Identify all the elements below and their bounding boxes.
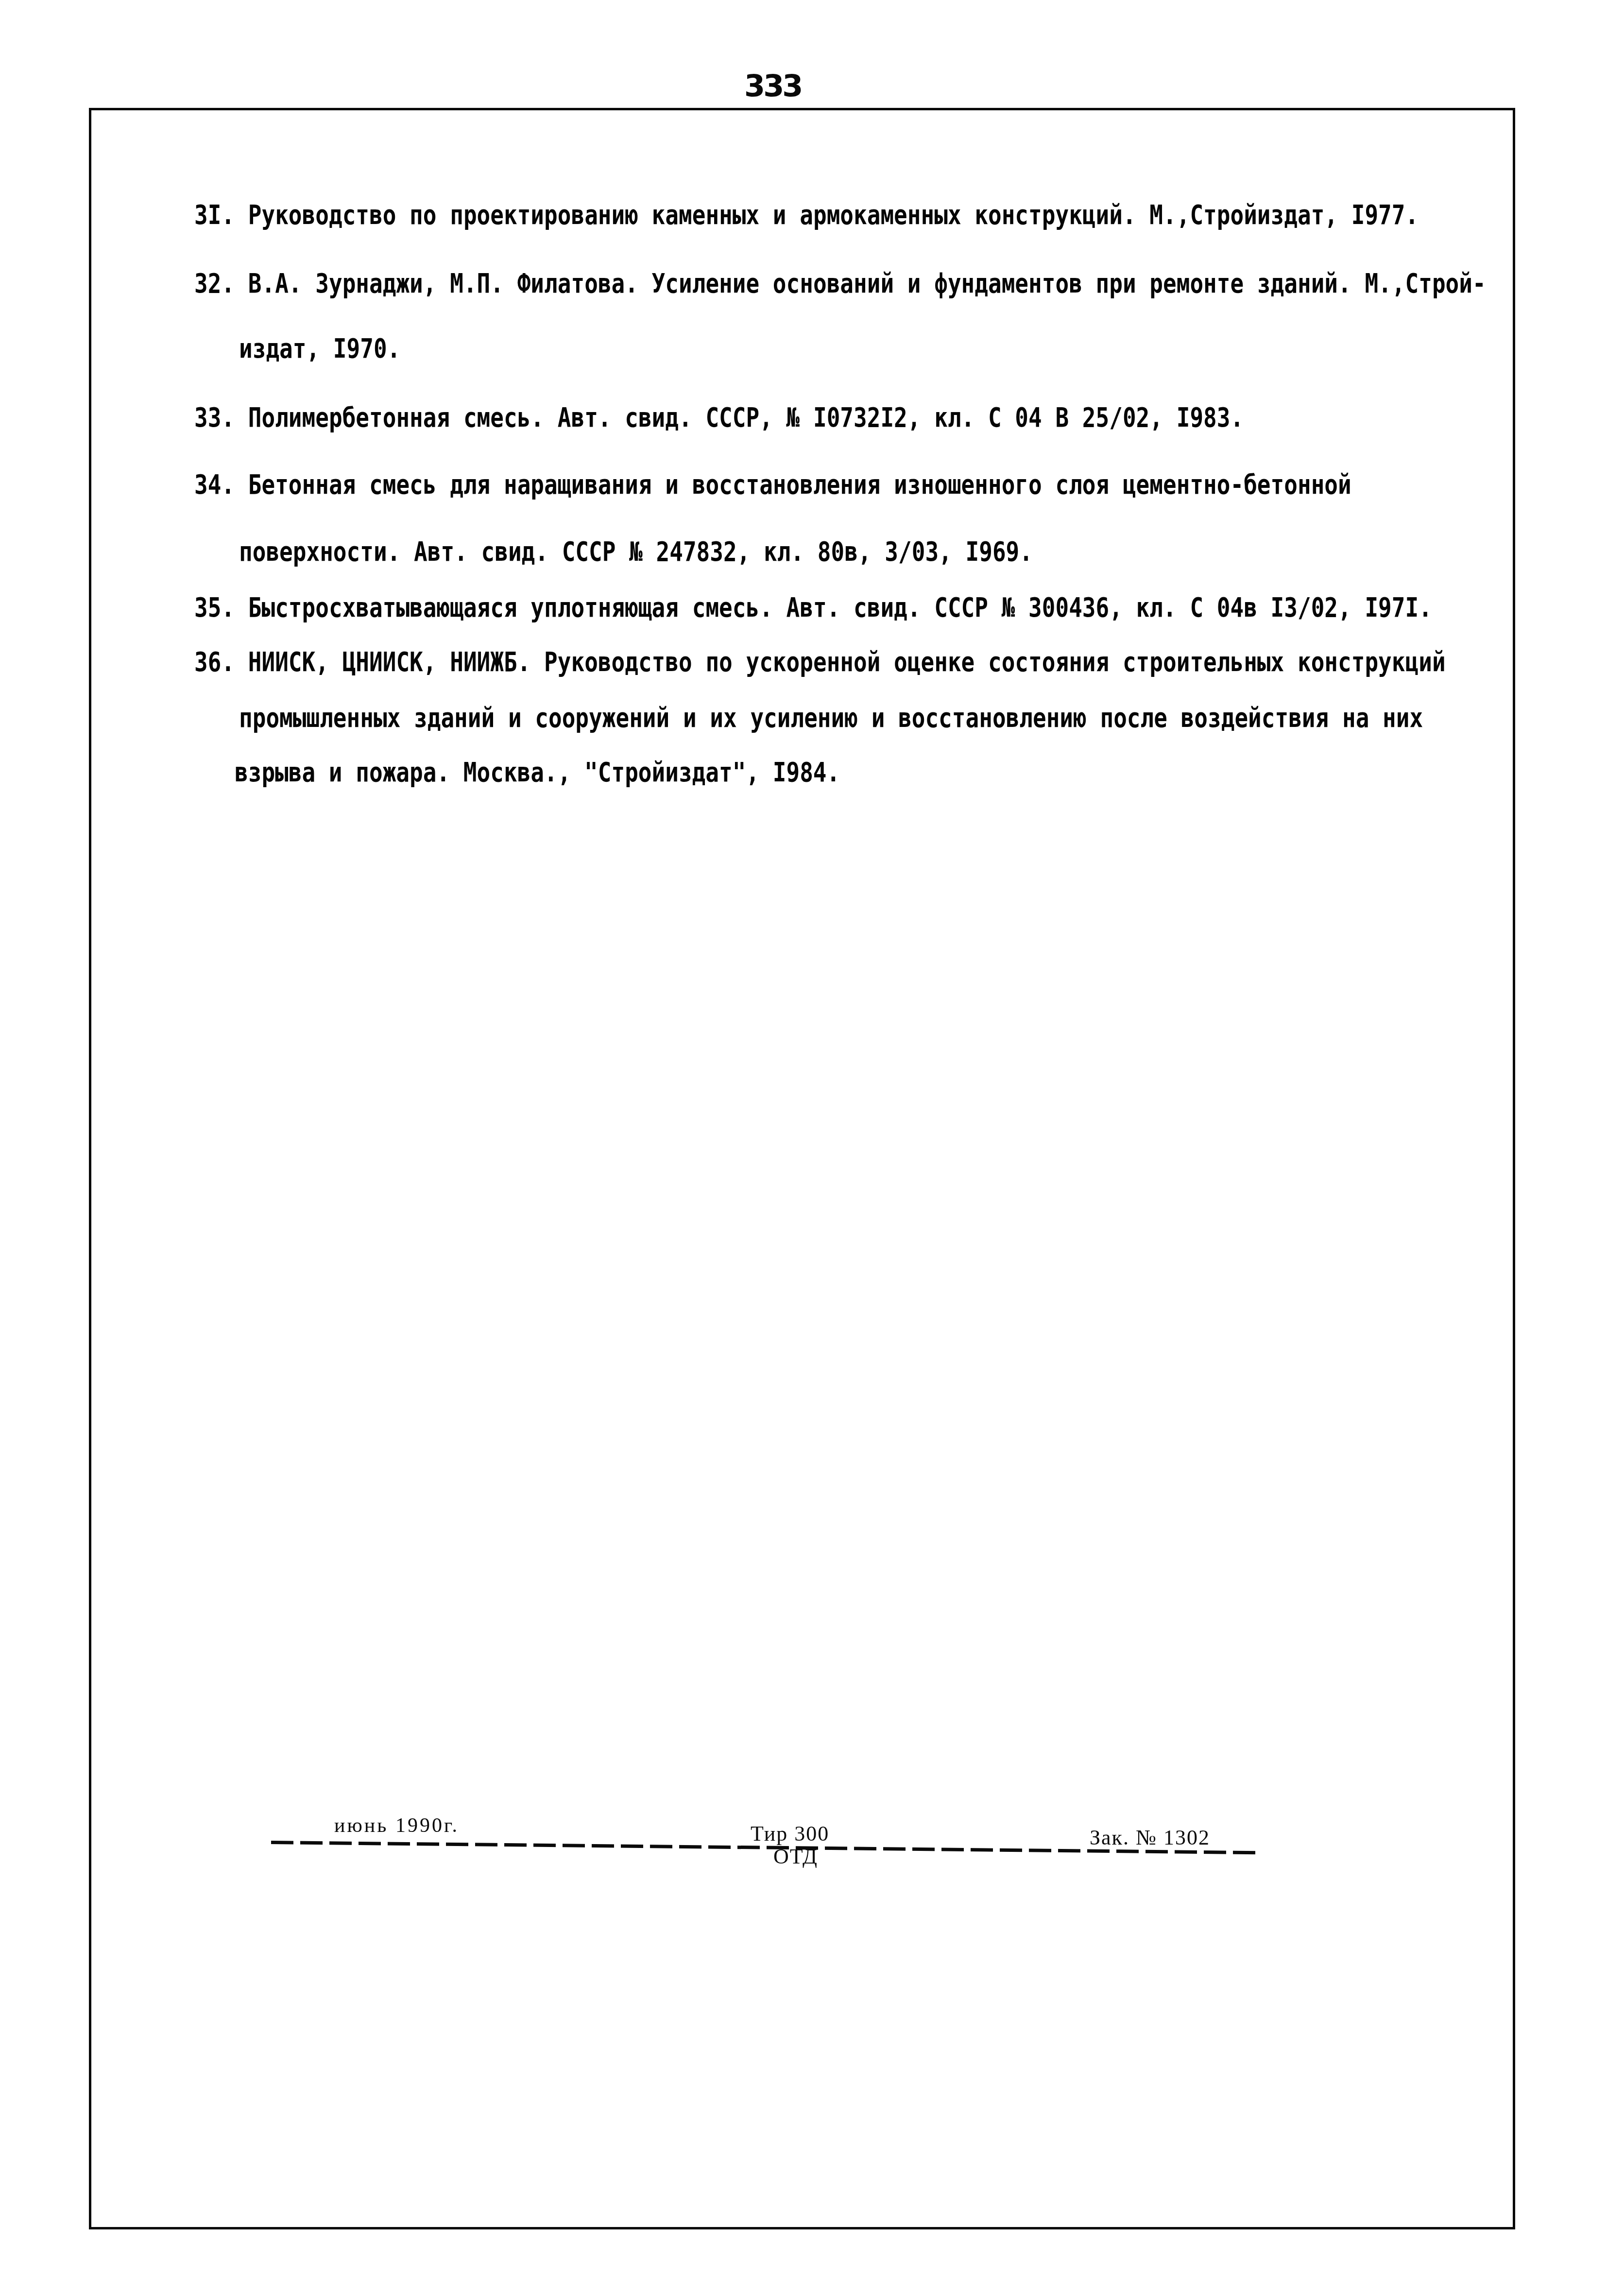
footer-print-run: Тир 300 <box>751 1823 829 1845</box>
reference-36-line-2: промышленных зданий и сооружений и их ус… <box>239 705 1423 731</box>
footer-date: июнь 1990г. <box>334 1815 459 1836</box>
reference-35: 35. Быстросхватывающаяся уплотняющая сме… <box>194 594 1432 621</box>
reference-33: 33. Полимербетонная смесь. Авт. свид. СС… <box>194 404 1244 431</box>
reference-31: 3I. Руководство по проектированию каменн… <box>194 202 1419 228</box>
reference-32-line-1: 32. В.А. Зурнаджи, М.П. Филатова. Усилен… <box>194 270 1486 296</box>
reference-36-line-3: взрыва и пожара. Москва., "Стройиздат", … <box>235 759 840 785</box>
reference-36-line-1: 36. НИИСК, ЦНИИСК, НИИЖБ. Руководство по… <box>194 649 1446 675</box>
page-number: 333 <box>744 71 801 101</box>
reference-32-line-2: издат, I970. <box>239 335 400 362</box>
footer-order-number: Зак. № 1302 <box>1090 1827 1210 1848</box>
reference-34-line-2: поверхности. Авт. свид. СССР № 247832, к… <box>239 538 1033 565</box>
scanned-document-page: 333 3I. Руководство по проектированию ка… <box>0 0 1607 2296</box>
footer-department: ОТД <box>773 1846 818 1867</box>
reference-34-line-1: 34. Бетонная смесь для наращивания и вос… <box>194 471 1351 498</box>
